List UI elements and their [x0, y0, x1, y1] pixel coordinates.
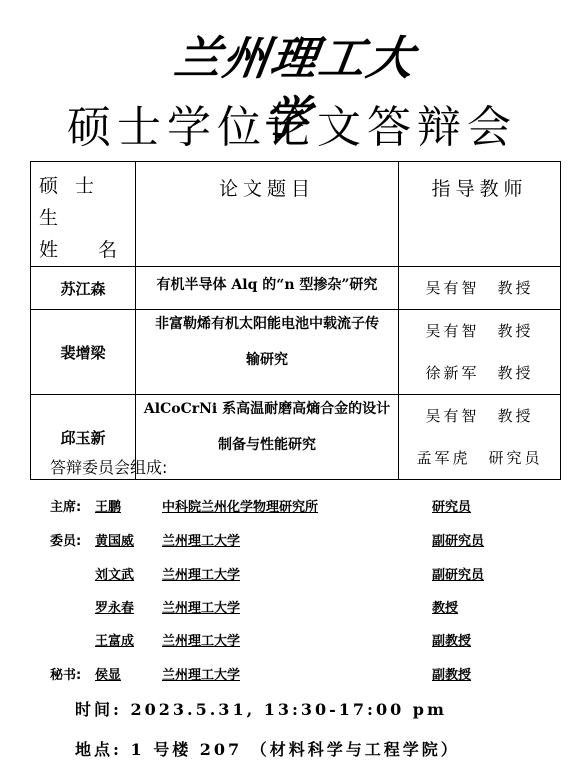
topic-line: AlCoCrNi 系高温耐磨高熵合金的设计: [140, 395, 394, 423]
advisor: 吴有智 教授: [399, 310, 560, 352]
advisor-cell: 吴有智 教授: [399, 267, 561, 310]
thesis-topic: 非富勒烯有机太阳能电池中载流子传 输研究: [136, 310, 399, 395]
time-label: 时间:: [75, 700, 122, 719]
member-rank: 副教授: [432, 630, 471, 649]
header-student-line2: 姓 名: [39, 234, 129, 266]
header-advisor: 指导教师: [399, 162, 561, 267]
header-student-name: 硕士生 姓 名: [31, 162, 136, 267]
thesis-table: 硕士生 姓 名 论文题目 指导教师 苏江森 有机半导体 Alq 的“n 型掺杂”…: [30, 161, 561, 480]
member-org: 兰州理工大学: [162, 664, 240, 683]
member-name: 罗永春: [95, 597, 134, 616]
member-org: 兰州理工大学: [162, 564, 240, 583]
header-student-line2-b: 名: [98, 234, 117, 266]
thesis-topic: 有机半导体 Alq 的“n 型掺杂”研究: [136, 267, 399, 310]
member-name: 王富成: [95, 630, 134, 649]
member-name: 刘文武: [95, 564, 134, 583]
committee-title: 答辩委员会组成:: [50, 455, 167, 478]
advisor-cell: 吴有智 教授 徐新军 教授: [399, 310, 561, 395]
advisor: 徐新军 教授: [399, 352, 560, 394]
member-org: 中科院兰州化学物理研究所: [162, 496, 318, 515]
committee-member: 委员: 黄国威 兰州理工大学 副研究员: [50, 530, 550, 550]
defense-time: 时间: 2023.5.31, 13:30-17:00 pm: [75, 697, 447, 720]
topic-line: 有机半导体 Alq 的“n 型掺杂”研究: [140, 271, 394, 299]
university-name-calligraphy: 兰州理工大学: [156, 28, 434, 88]
header-topic: 论文题目: [136, 162, 399, 267]
member-role: 秘书:: [50, 664, 81, 683]
committee-member: 主席: 王鹏 中科院兰州化学物理研究所 研究员: [50, 496, 550, 516]
header-student-line2-a: 姓: [39, 234, 58, 266]
topic-line: 制备与性能研究: [140, 431, 394, 459]
member-org: 兰州理工大学: [162, 630, 240, 649]
committee-member: 刘文武 兰州理工大学 副研究员: [50, 564, 550, 584]
time-value: 2023.5.31, 13:30-17:00 pm: [131, 700, 447, 719]
defense-location: 地点: 1 号楼 207 （材料科学与工程学院）: [75, 737, 460, 760]
member-rank: 副研究员: [432, 564, 484, 583]
thesis-topic: AlCoCrNi 系高温耐磨高熵合金的设计 制备与性能研究: [136, 395, 399, 480]
member-rank: 副研究员: [432, 530, 484, 549]
committee-member: 王富成 兰州理工大学 副教授: [50, 630, 550, 650]
advisor-cell: 吴有智 教授 孟军虎 研究员: [399, 395, 561, 480]
advisor: 吴有智 教授: [399, 267, 560, 309]
member-name: 侯显: [95, 664, 121, 683]
table-header-row: 硕士生 姓 名 论文题目 指导教师: [31, 162, 561, 267]
member-rank: 研究员: [432, 496, 471, 515]
topic-line: 非富勒烯有机太阳能电池中载流子传: [140, 310, 394, 338]
table-row: 裴增梁 非富勒烯有机太阳能电池中载流子传 输研究 吴有智 教授 徐新军 教授: [31, 310, 561, 395]
student-name: 苏江森: [31, 267, 136, 310]
member-name: 黄国威: [95, 530, 134, 549]
location-label: 地点:: [75, 740, 122, 759]
topic-line: 输研究: [140, 346, 394, 374]
member-role: 委员:: [50, 530, 81, 549]
advisor: 孟军虎 研究员: [399, 437, 560, 479]
member-role: 主席:: [50, 496, 81, 515]
student-name: 裴增梁: [31, 310, 136, 395]
committee-member: 秘书: 侯显 兰州理工大学 副教授: [50, 664, 550, 684]
member-org: 兰州理工大学: [162, 530, 240, 549]
committee-member: 罗永春 兰州理工大学 教授: [50, 597, 550, 617]
member-rank: 副教授: [432, 664, 471, 683]
advisor: 吴有智 教授: [399, 395, 560, 437]
header-student-line1: 硕士生: [39, 170, 129, 234]
member-rank: 教授: [432, 597, 458, 616]
member-org: 兰州理工大学: [162, 597, 240, 616]
page-title: 硕士学位论文答辩会: [0, 100, 584, 156]
member-name: 王鹏: [95, 496, 121, 515]
location-value: 1 号楼 207 （材料科学与工程学院）: [131, 740, 460, 759]
table-row: 苏江森 有机半导体 Alq 的“n 型掺杂”研究 吴有智 教授: [31, 267, 561, 310]
